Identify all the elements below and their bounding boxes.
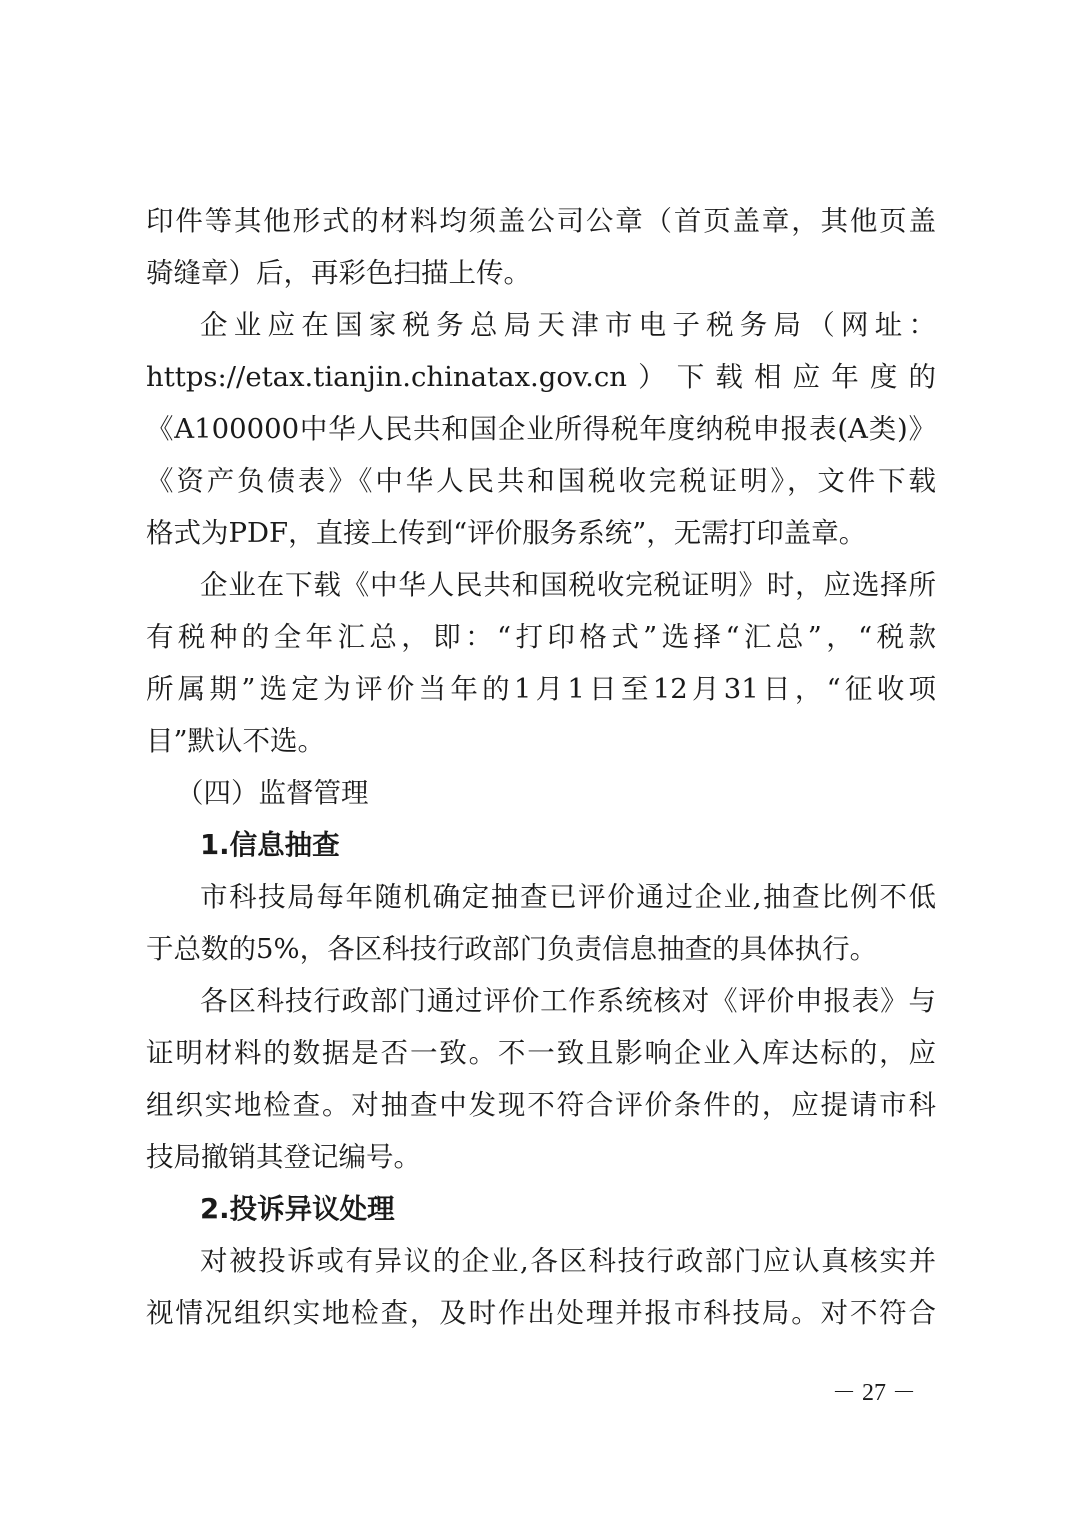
paragraph-line: 目”默认不选。 xyxy=(146,725,936,757)
paragraph-line: 技局撤销其登记编号。 xyxy=(146,1141,936,1173)
paragraph-line: 对被投诉或有异议的企业,各区科技行政部门应认真核实并 xyxy=(200,1245,936,1277)
paragraph-line: 有税种的全年汇总，即：“打印格式”选择“汇总”，“税款 xyxy=(146,621,936,653)
paragraph-line: 格式为PDF，直接上传到“评价服务系统”，无需打印盖章。 xyxy=(146,517,936,549)
page-number: － 27 － xyxy=(832,1378,916,1408)
paragraph-line: 《资产负债表》《中华人民共和国税收完税证明》，文件下载 xyxy=(146,465,936,497)
section-heading: （四）监督管理 xyxy=(176,777,369,809)
paragraph-line: 《A100000中华人民共和国企业所得税年度纳税申报表(A类)》 xyxy=(146,413,936,445)
paragraph-line: 所属期”选定为评价当年的1月1日至12月31日，“征收项 xyxy=(146,673,936,705)
paragraph-line: 企业在下载《中华人民共和国税收完税证明》时，应选择所 xyxy=(200,569,936,601)
document-page: 印件等其他形式的材料均须盖公司公章（首页盖章，其他页盖 骑缝章）后，再彩色扫描上… xyxy=(0,0,1069,1520)
subsection-heading: 2.投诉异议处理 xyxy=(200,1193,395,1225)
paragraph-line: 市科技局每年随机确定抽查已评价通过企业,抽查比例不低 xyxy=(200,881,936,913)
paragraph-line: 印件等其他形式的材料均须盖公司公章（首页盖章，其他页盖 xyxy=(146,205,936,237)
paragraph-line: 于总数的5%，各区科技行政部门负责信息抽查的具体执行。 xyxy=(146,933,936,965)
paragraph-line: 各区科技行政部门通过评价工作系统核对《评价申报表》与 xyxy=(200,985,936,1017)
paragraph-line: 骑缝章）后，再彩色扫描上传。 xyxy=(146,257,936,289)
paragraph-line-url: https://etax.tianjin.chinatax.gov.cn）下载相… xyxy=(146,361,936,393)
paragraph-line: 企业应在国家税务总局天津市电子税务局（网址： xyxy=(200,309,936,341)
paragraph-line: 证明材料的数据是否一致。不一致且影响企业入库达标的，应 xyxy=(146,1037,936,1069)
subsection-heading: 1.信息抽查 xyxy=(200,829,340,861)
paragraph-line: 视情况组织实地检查，及时作出处理并报市科技局。对不符合 xyxy=(146,1297,936,1329)
paragraph-line: 组织实地检查。对抽查中发现不符合评价条件的，应提请市科 xyxy=(146,1089,936,1121)
